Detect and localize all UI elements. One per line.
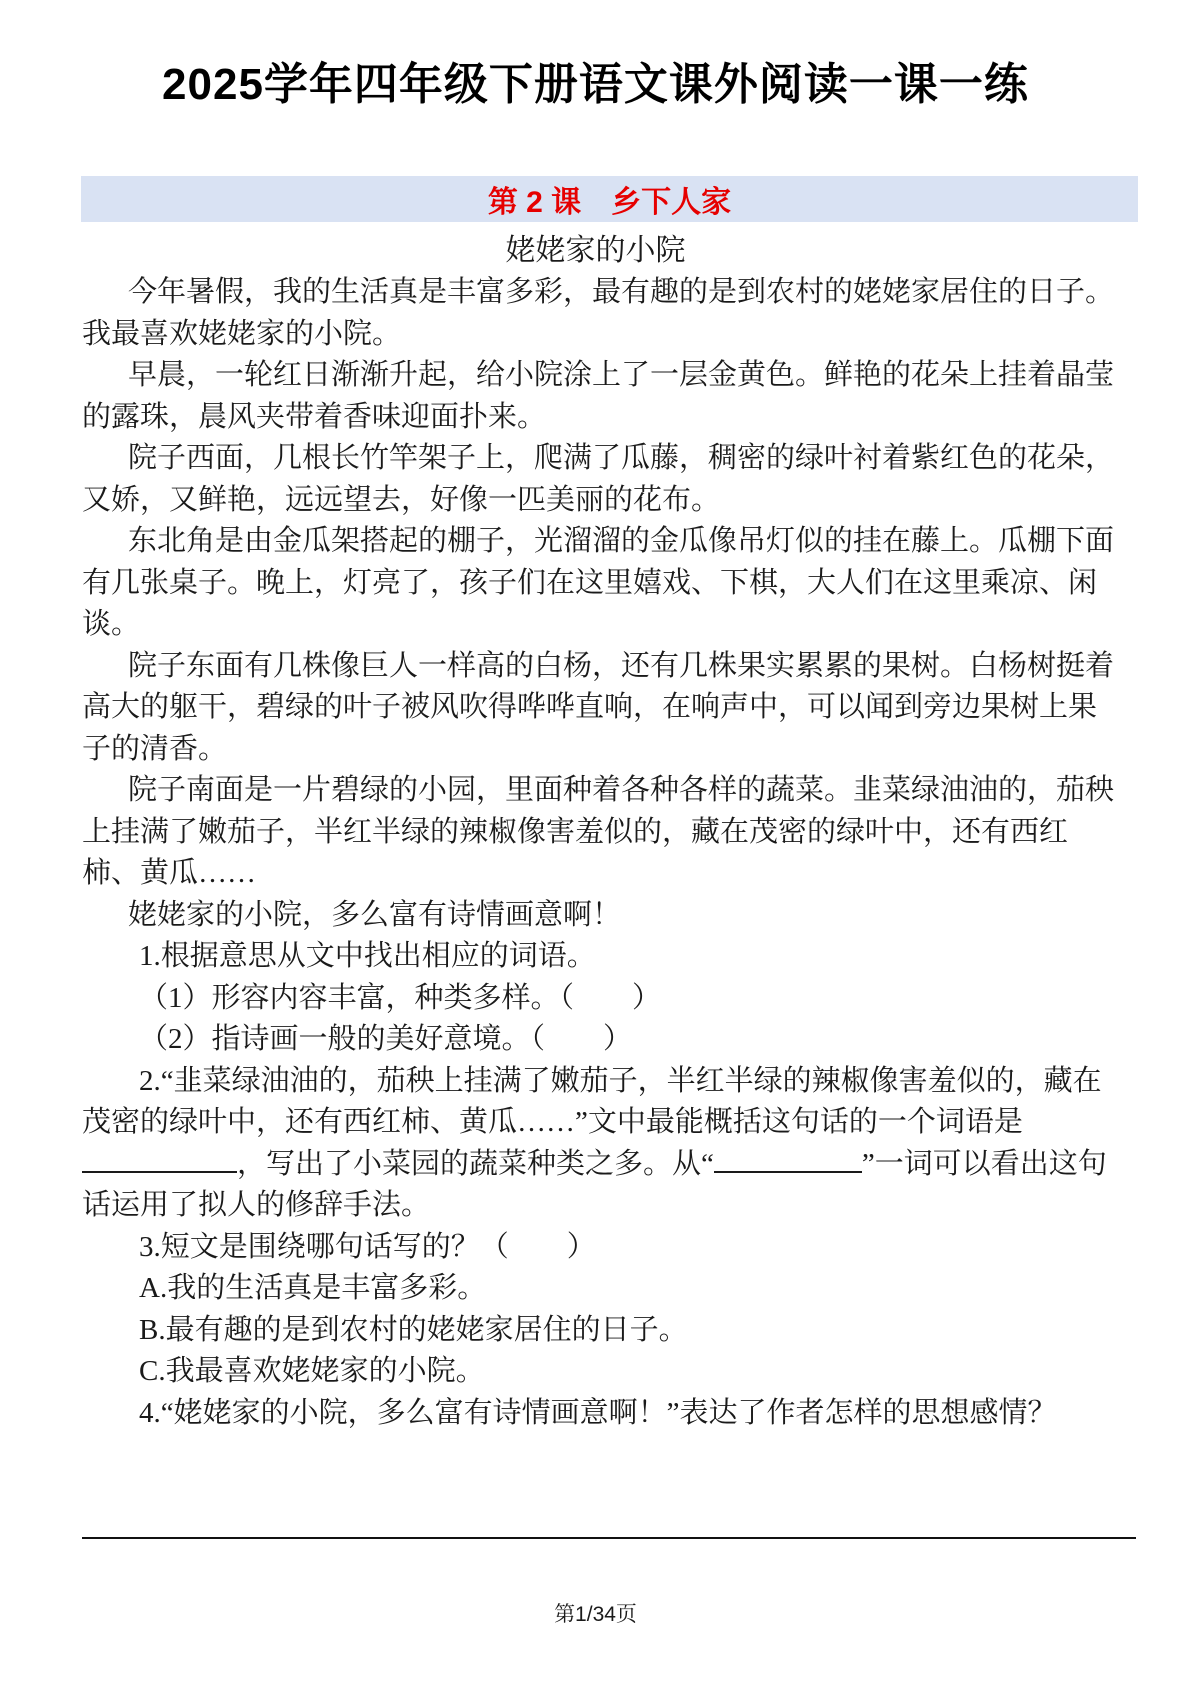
question-1-item-2: （2）指诗画一般的美好意境。（ ） xyxy=(82,1019,1122,1061)
question-2: 2.“韭菜绿油油的，茄秧上挂满了嫩茄子，半红半绿的辣椒像害羞似的，藏在茂密的绿叶… xyxy=(82,1061,1122,1227)
passage-paragraph: 姥姥家的小院，多么富有诗情画意啊！ xyxy=(82,895,1122,937)
question-3-option-b: B.最有趣的是到农村的姥姥家居住的日子。 xyxy=(82,1310,1122,1352)
question-2-text-2: ，写出了小菜园的蔬菜种类之多。从“ xyxy=(237,1148,714,1180)
passage-paragraph: 院子东面有几株像巨人一样高的白杨，还有几株果实累累的果树。白杨树挺着高大的躯干，… xyxy=(82,646,1122,771)
question-2-text-1: 2.“韭菜绿油油的，茄秧上挂满了嫩茄子，半红半绿的辣椒像害羞似的，藏在茂密的绿叶… xyxy=(82,1065,1102,1139)
fill-in-blank xyxy=(714,1171,862,1173)
lesson-banner-label: 第 2 课 乡下人家 xyxy=(488,177,731,221)
fill-in-blank xyxy=(82,1171,237,1173)
reading-passage: 今年暑假，我的生活真是丰富多彩，最有趣的是到农村的姥姥家居住的日子。我最喜欢姥姥… xyxy=(82,272,1122,936)
question-1-item-1: （1）形容内容丰富，种类多样。（ ） xyxy=(82,978,1122,1020)
passage-title: 姥姥家的小院 xyxy=(0,230,1191,272)
passage-paragraph: 院子西面，几根长竹竿架子上，爬满了瓜藤，稠密的绿叶衬着紫红色的花朵，又娇，又鲜艳… xyxy=(82,438,1122,521)
question-1-stem: 1.根据意思从文中找出相应的词语。 xyxy=(82,936,1122,978)
lesson-banner: 第 2 课 乡下人家 xyxy=(81,176,1138,222)
footer-divider xyxy=(82,1537,1136,1539)
question-3-option-c: C.我最喜欢姥姥家的小院。 xyxy=(82,1351,1122,1393)
document-title: 2025学年四年级下册语文课外阅读一课一练 xyxy=(0,0,1191,116)
passage-paragraph: 东北角是由金瓜架搭起的棚子，光溜溜的金瓜像吊灯似的挂在藤上。瓜棚下面有几张桌子。… xyxy=(82,521,1122,646)
passage-paragraph: 院子南面是一片碧绿的小园，里面种着各种各样的蔬菜。韭菜绿油油的，茄秧上挂满了嫩茄… xyxy=(82,770,1122,895)
question-3-option-a: A.我的生活真是丰富多彩。 xyxy=(82,1268,1122,1310)
question-3-stem: 3.短文是围绕哪句话写的？（ ） xyxy=(82,1227,1122,1269)
passage-paragraph: 今年暑假，我的生活真是丰富多彩，最有趣的是到农村的姥姥家居住的日子。我最喜欢姥姥… xyxy=(82,272,1122,355)
passage-paragraph: 早晨，一轮红日渐渐升起，给小院涂上了一层金黄色。鲜艳的花朵上挂着晶莹的露珠，晨风… xyxy=(82,355,1122,438)
worksheet-page: 2025学年四年级下册语文课外阅读一课一练 第 2 课 乡下人家 姥姥家的小院 … xyxy=(0,0,1191,1684)
question-section: 1.根据意思从文中找出相应的词语。 （1）形容内容丰富，种类多样。（ ） （2）… xyxy=(82,936,1122,1434)
page-number: 第1/34页 xyxy=(0,1598,1191,1628)
question-4-stem: 4.“姥姥家的小院，多么富有诗情画意啊！”表达了作者怎样的思想感情？ xyxy=(82,1393,1122,1435)
